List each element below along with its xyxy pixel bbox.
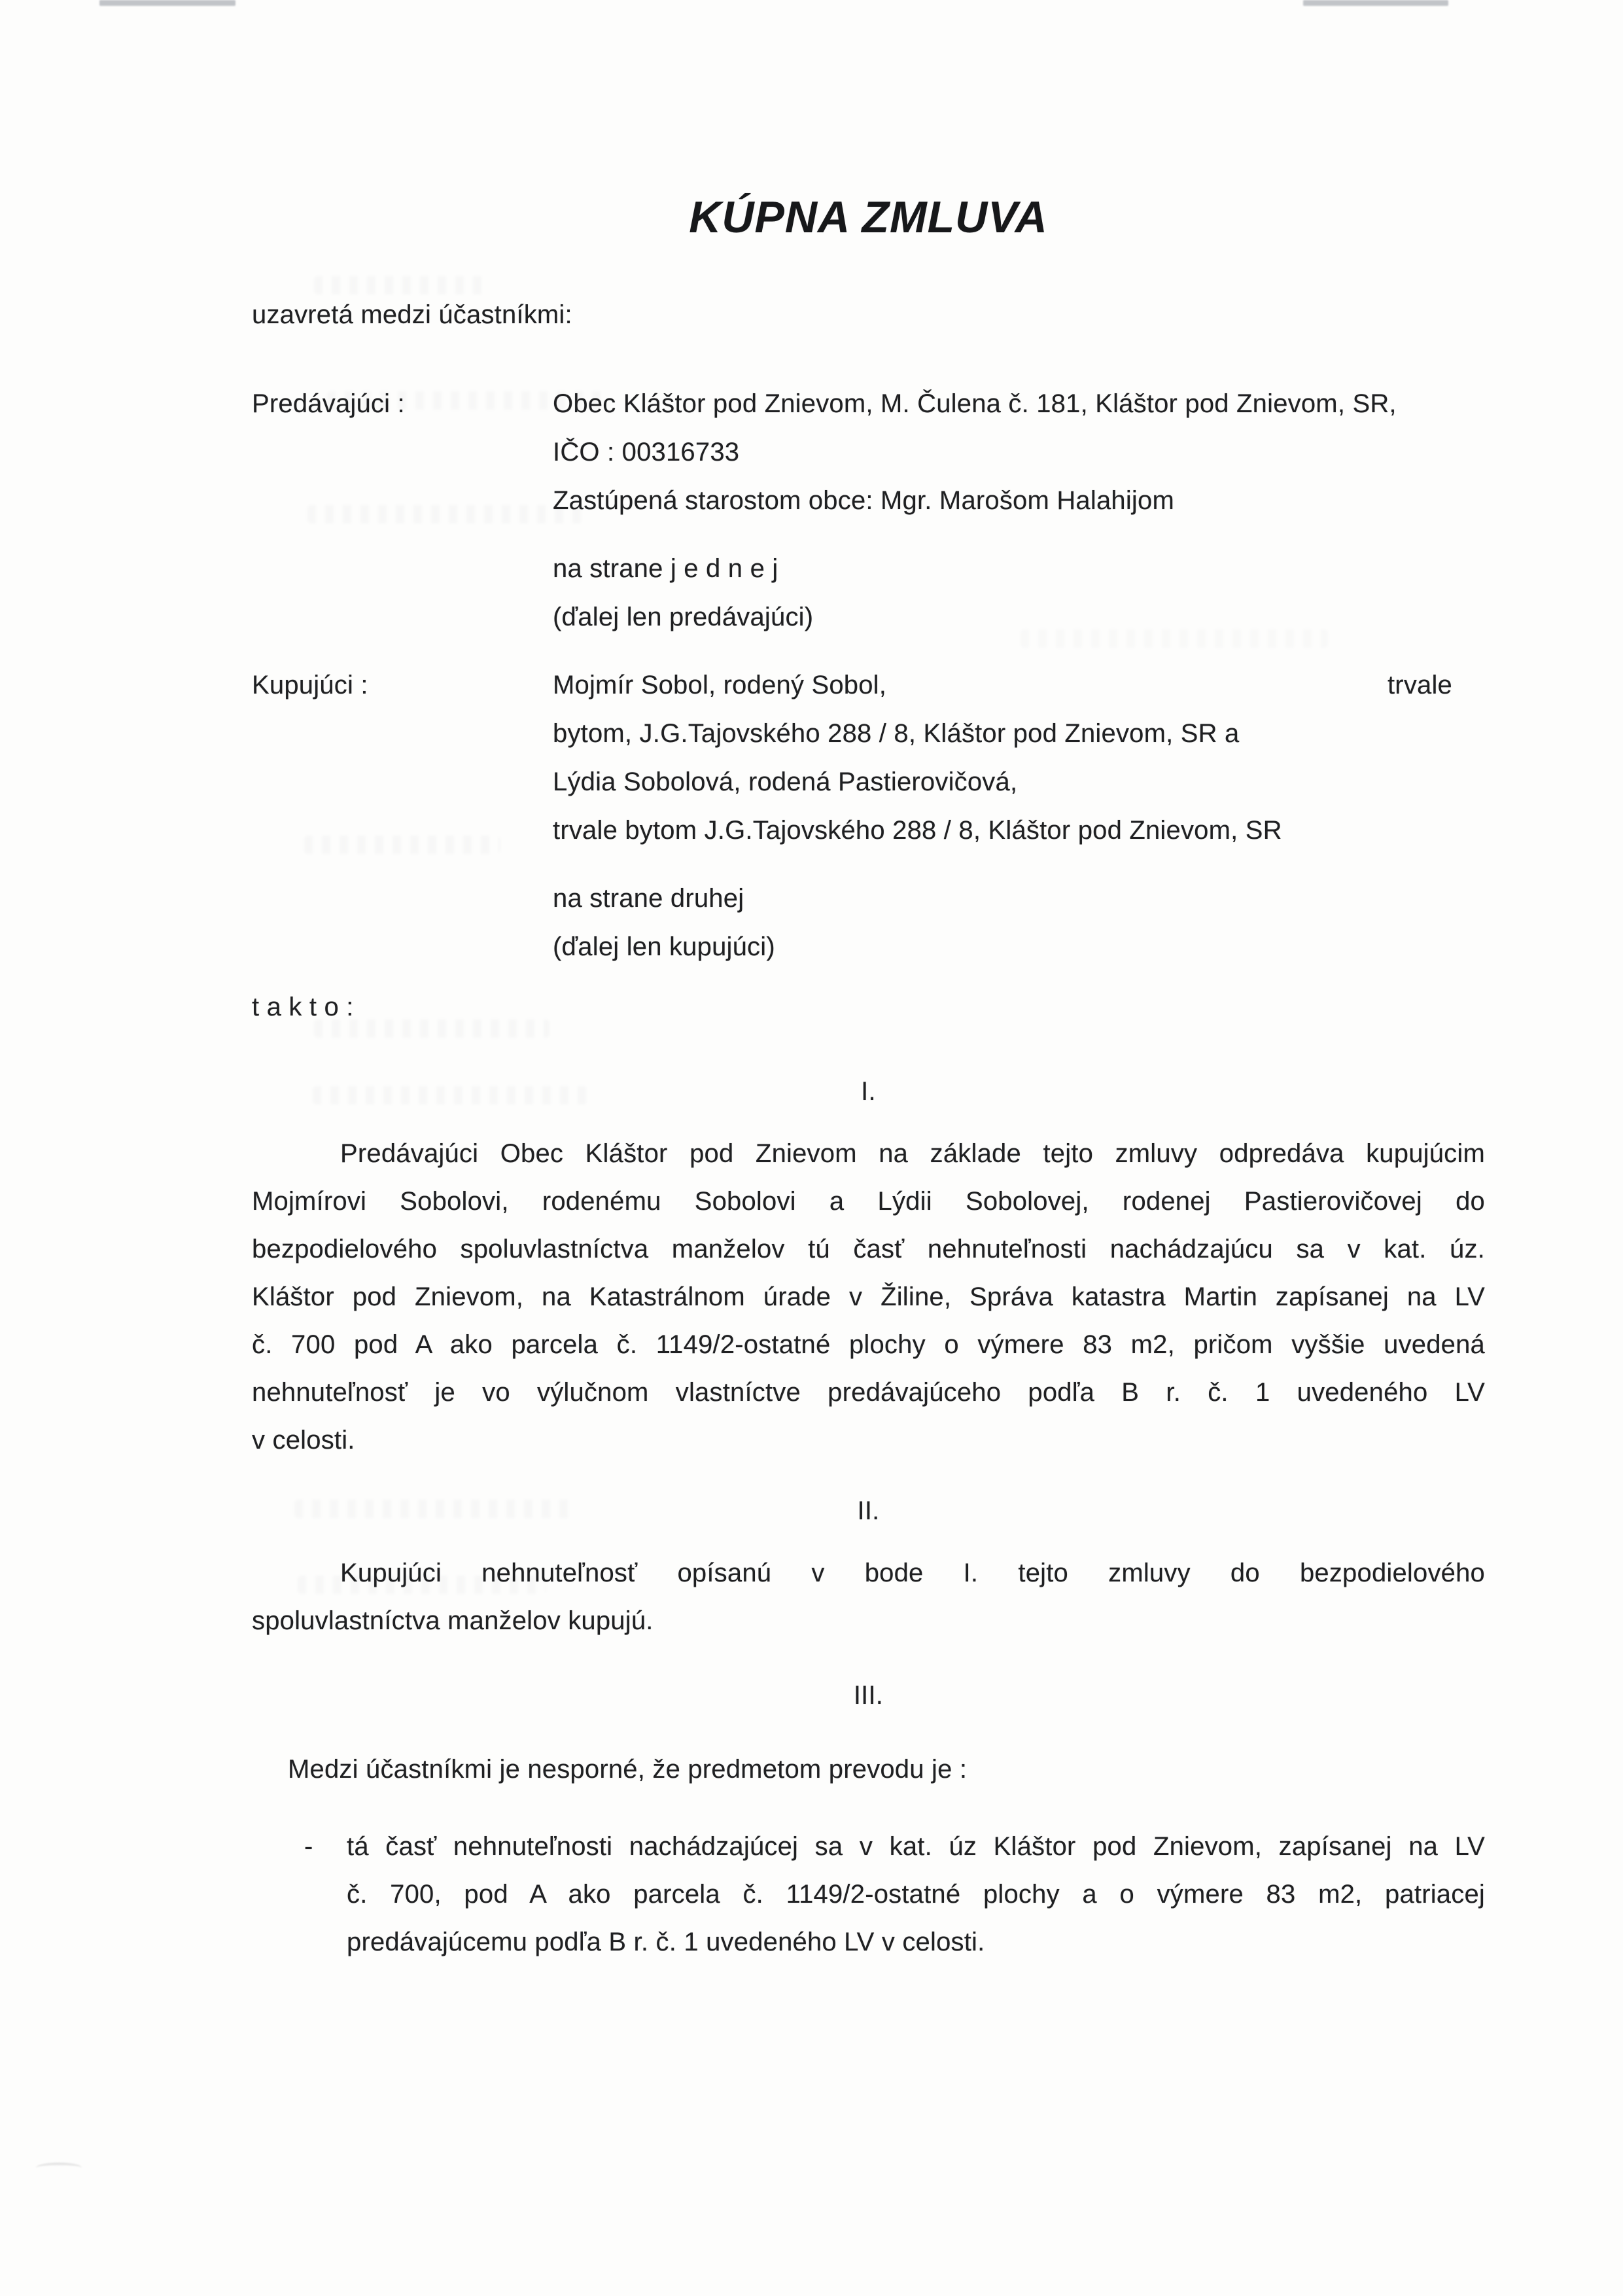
paragraph-line: Predávajúci Obec Kláštor pod Znievom na … [252,1130,1485,1178]
paragraph-line: tá časť nehnuteľnosti nachádzajúcej sa v… [347,1823,1485,1871]
seller-line: Obec Kláštor pod Znievom, M. Čulena č. 1… [553,380,1485,428]
buyer-name-note: trvale [1387,661,1452,709]
paragraph-line: bezpodielového spoluvlastníctva manželov… [252,1226,1485,1273]
section-numeral-3: III. [252,1671,1485,1720]
paragraph-line: predávajúcemu podľa B r. č. 1 uvedeného … [347,1918,1485,1966]
seller-details: Obec Kláštor pod Znievom, M. Čulena č. 1… [553,380,1485,525]
seller-side-block: na strane j e d n e j (ďalej len predáva… [553,544,1485,641]
section-numeral-2: II. [252,1487,1485,1535]
paragraph-line: spoluvlastníctva manželov kupujú. [252,1597,1485,1645]
paragraph-line: v celosti. [252,1417,1485,1464]
paragraph-line: nehnuteľnosť je vo výlučnom vlastníctve … [252,1369,1485,1417]
bullet-dash: - [304,1823,347,1966]
buyer-details: Mojmír Sobol, rodený Sobol, trvale bytom… [553,661,1485,855]
buyer-name: Mojmír Sobol, rodený Sobol, [553,661,886,709]
buyer-line: trvale bytom J.G.Tajovského 288 / 8, Klá… [553,806,1485,855]
seller-side-note: na strane j e d n e j [553,544,1485,593]
section-1-paragraph: Predávajúci Obec Kláštor pod Znievom na … [252,1130,1485,1464]
section-3-bullet-item: - tá časť nehnuteľnosti nachádzajúcej sa… [304,1823,1485,1966]
scan-artifact [36,2163,82,2173]
buyer-block: Kupujúci : Mojmír Sobol, rodený Sobol, t… [252,661,1485,855]
paragraph-line: č. 700, pod A ako parcela č. 1149/2-osta… [347,1871,1485,1918]
seller-line: IČO : 00316733 [553,428,1485,476]
buyer-side-note: na strane druhej [553,874,1485,923]
buyer-line: bytom, J.G.Tajovského 288 / 8, Kláštor p… [553,709,1485,758]
paragraph-line: Mojmírovi Sobolovi, rodenému Sobolovi a … [252,1178,1485,1226]
section-2-paragraph: Kupujúci nehnuteľnosť opísanú v bode I. … [252,1549,1485,1645]
section-numeral-1: I. [252,1067,1485,1116]
buyer-name-line: Mojmír Sobol, rodený Sobol, trvale [553,661,1485,709]
scan-artifact-top-left [99,0,236,6]
section-3-intro: Medzi účastníkmi je nesporné, že predmet… [252,1745,1485,1793]
seller-block: Predávajúci : Obec Kláštor pod Znievom, … [252,380,1485,525]
scanned-contract-page: KÚPNA ZMLUVA uzavretá medzi účastníkmi: … [0,0,1623,2296]
intro-line: uzavretá medzi účastníkmi: [252,291,1485,339]
buyer-label: Kupujúci : [252,661,553,709]
seller-line: Zastúpená starostom obce: Mgr. Marošom H… [553,476,1485,525]
paragraph-line: Kupujúci nehnuteľnosť opísanú v bode I. … [252,1549,1485,1597]
buyer-line: Lýdia Sobolová, rodená Pastierovičová, [553,758,1485,806]
buyer-side-block: na strane druhej (ďalej len kupujúci) [553,874,1485,971]
paragraph-line: Kláštor pod Znievom, na Katastrálnom úra… [252,1273,1485,1321]
document-body: KÚPNA ZMLUVA uzavretá medzi účastníkmi: … [252,0,1485,1966]
takto-line: t a k t o : [252,983,1485,1031]
bullet-text: tá časť nehnuteľnosti nachádzajúcej sa v… [347,1823,1485,1966]
seller-alias: (ďalej len predávajúci) [553,593,1485,641]
seller-label: Predávajúci : [252,380,553,428]
document-title: KÚPNA ZMLUVA [252,191,1485,243]
paragraph-line: č. 700 pod A ako parcela č. 1149/2-ostat… [252,1321,1485,1369]
buyer-alias: (ďalej len kupujúci) [553,923,1485,971]
